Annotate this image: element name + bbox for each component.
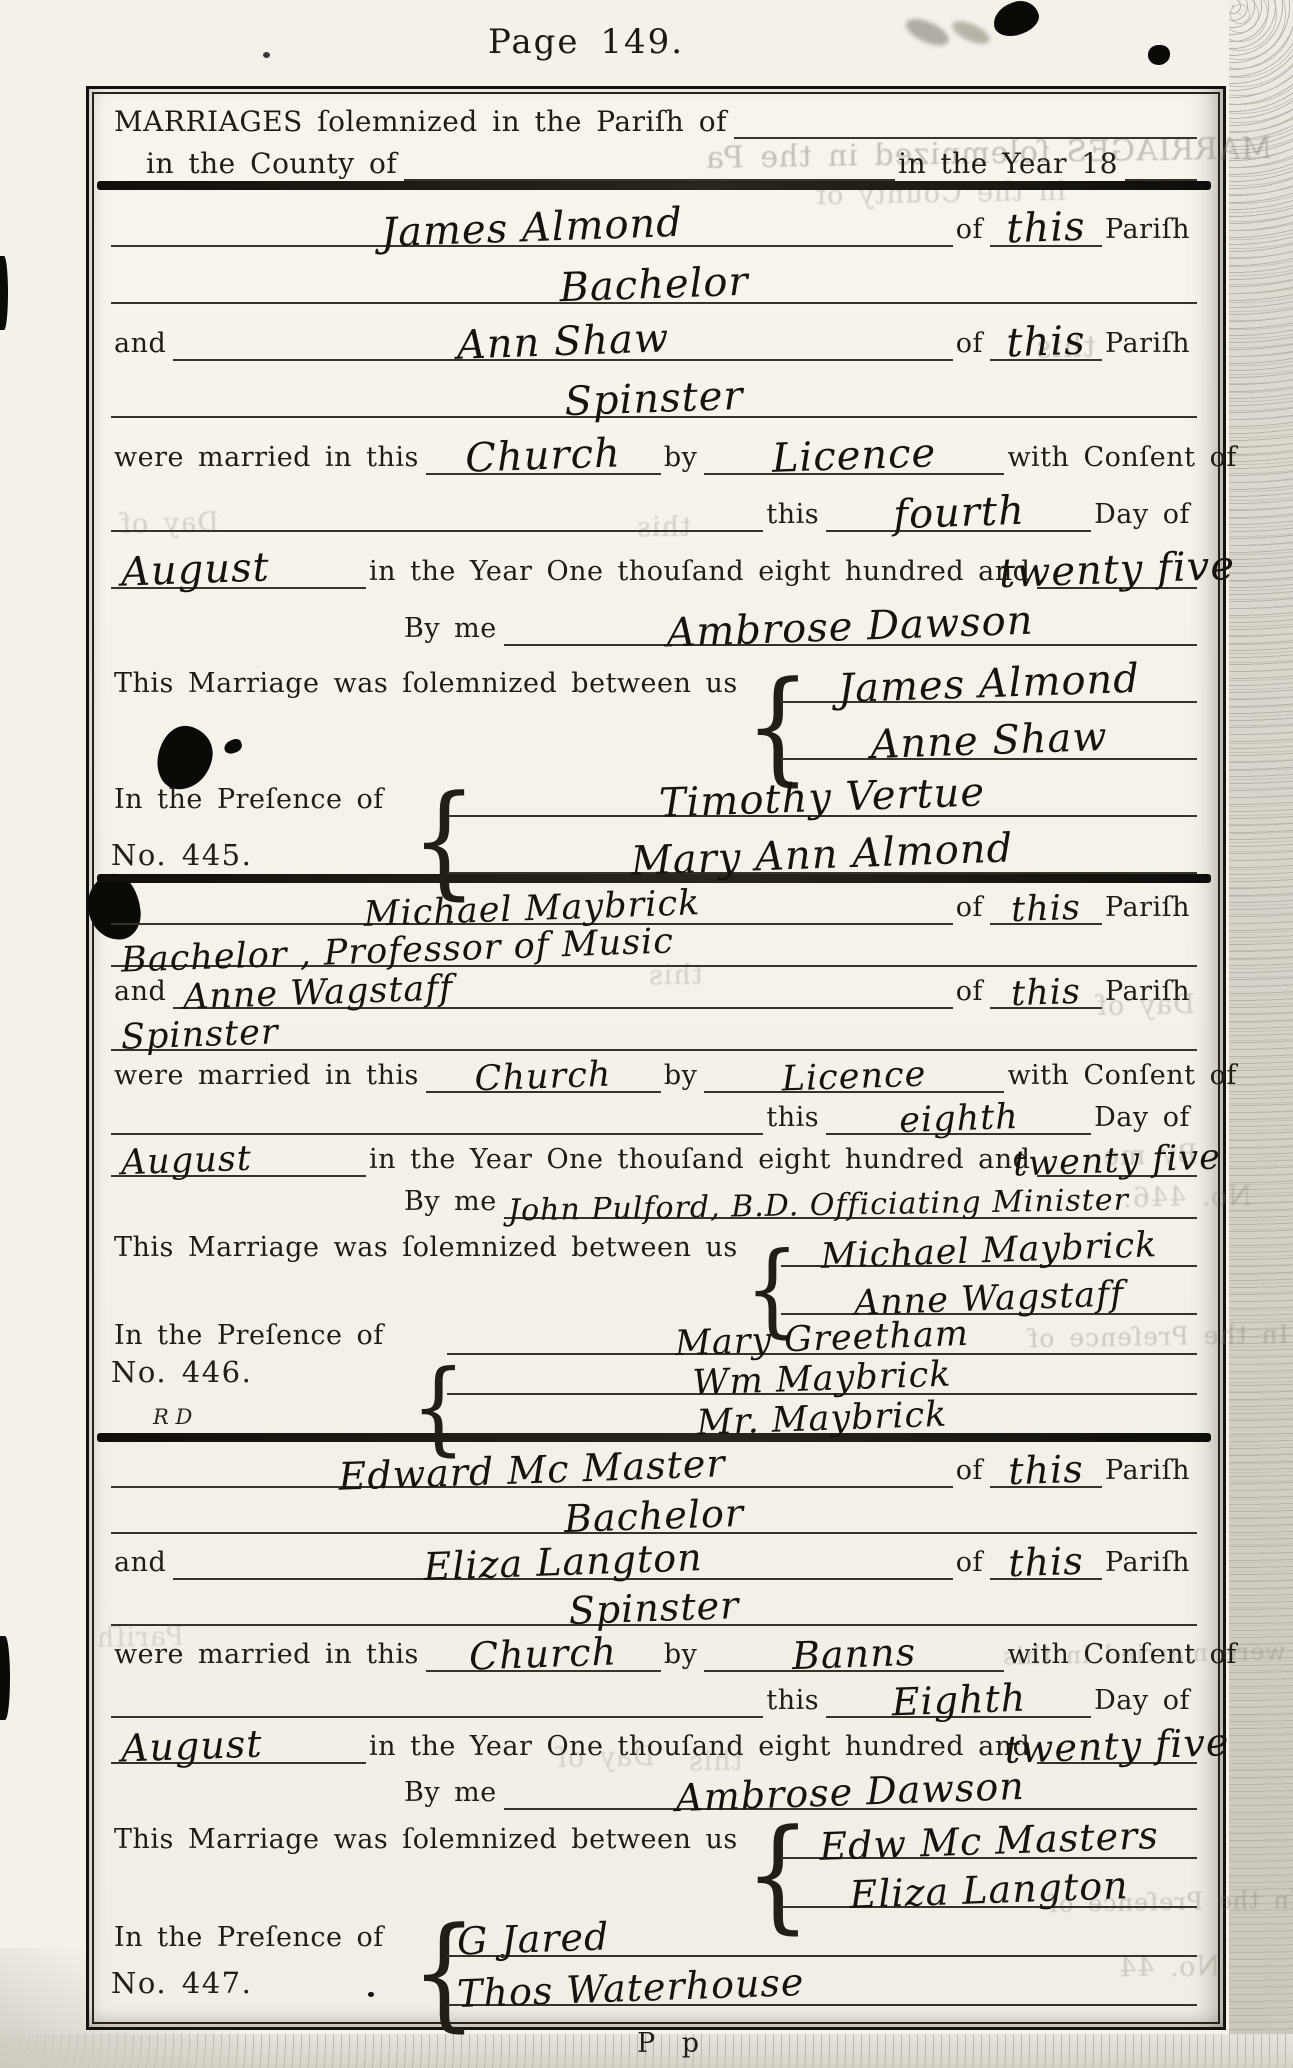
of-label: of bbox=[953, 1457, 990, 1488]
by-label: by bbox=[661, 1062, 705, 1093]
blank-line: Ambrose Dawson bbox=[504, 1764, 1197, 1810]
groom-row: James Almond of this Pariſh bbox=[111, 190, 1197, 247]
blank-line: James Almond bbox=[781, 646, 1197, 703]
day: eighth bbox=[898, 1097, 1019, 1141]
groom-parish: this bbox=[1008, 1447, 1085, 1494]
blank-line: James Almond bbox=[111, 190, 953, 247]
blank-line: Mr. Maybrick bbox=[447, 1395, 1197, 1433]
by-me-label: By me bbox=[401, 1779, 504, 1810]
day-of-label: Day of bbox=[1091, 501, 1197, 532]
brace-glyph bbox=[411, 1315, 447, 1433]
blank-line: twenty five bbox=[1037, 1718, 1197, 1764]
blank-line: Ann Shaw bbox=[173, 304, 952, 361]
blank-line: Licence bbox=[704, 1051, 1004, 1093]
parish-label: Pariſh bbox=[1102, 1457, 1197, 1488]
blank-line: Spinster bbox=[111, 1009, 1197, 1051]
marriage-entry-445: James Almond of this Pariſh Bachelor and… bbox=[111, 190, 1197, 874]
month: August bbox=[120, 544, 270, 595]
blank-line: Bachelor bbox=[111, 247, 1197, 304]
witnesses-block: In the Preſence of No. 445. Timothy Vert… bbox=[111, 760, 1197, 874]
blank-line: this bbox=[990, 967, 1102, 1009]
and-label: and bbox=[111, 1549, 173, 1580]
month: August bbox=[120, 1139, 252, 1184]
blank-line: this bbox=[990, 1534, 1102, 1580]
header-year: in the Year 18 bbox=[895, 149, 1125, 181]
blank-line: Church bbox=[426, 418, 661, 475]
blank-line: August bbox=[111, 1718, 366, 1764]
blank-line bbox=[111, 1672, 763, 1718]
blank-line: Edw Mc Masters bbox=[781, 1810, 1197, 1859]
blank-line: Spinster bbox=[111, 1580, 1197, 1626]
scan-edge-right bbox=[1229, 0, 1293, 2068]
blank-line: this bbox=[990, 883, 1102, 925]
bride-row: and Eliza Langton of this Pariſh bbox=[111, 1534, 1197, 1580]
blank-line: G Jared bbox=[447, 1908, 1197, 1957]
ink-speck bbox=[263, 52, 270, 58]
brace-glyph bbox=[411, 1908, 447, 2006]
groom-condition-row: Bachelor , Professor of Music bbox=[111, 925, 1197, 967]
page-number: Page 149. bbox=[488, 22, 684, 62]
registrar-initials: R D bbox=[111, 1405, 192, 1429]
witness-signature: Thos Waterhouse bbox=[456, 1960, 805, 2016]
of-label: of bbox=[953, 978, 990, 1009]
minister-row: By me Ambrose Dawson bbox=[111, 589, 1197, 646]
bride-row: and Anne Wagstaff of this Pariſh bbox=[111, 967, 1197, 1009]
day-row: this Eighth Day of bbox=[111, 1672, 1197, 1718]
bride-condition-row: Spinster bbox=[111, 361, 1197, 418]
blank-line: twenty five bbox=[1037, 1135, 1197, 1177]
blank-line: Licence bbox=[704, 418, 1004, 475]
blank-line bbox=[404, 139, 895, 181]
day: fourth bbox=[892, 488, 1025, 539]
parish-label: Pariſh bbox=[1102, 978, 1197, 1009]
blank-line: Bachelor , Professor of Music bbox=[111, 925, 1197, 967]
blank-line: Michael Maybrick bbox=[781, 1219, 1197, 1267]
bride-row: and Ann Shaw of this Pariſh bbox=[111, 304, 1197, 361]
married-row: were married in this Church by Licence w… bbox=[111, 1051, 1197, 1093]
day-row: this eighth Day of bbox=[111, 1093, 1197, 1135]
solemnized-label: This Marriage was ſolemnized between us bbox=[111, 1234, 745, 1265]
blank-line: Edward Mc Master bbox=[111, 1442, 953, 1488]
day-of-label: Day of bbox=[1091, 1687, 1197, 1718]
blank-line: Timothy Vertue bbox=[447, 760, 1197, 817]
year-row: August in the Year One thouſand eight hu… bbox=[111, 1718, 1197, 1764]
signatures-block: This Marriage was ſolemnized between us … bbox=[111, 1810, 1197, 1908]
blank-line: this bbox=[990, 304, 1102, 361]
blank-line bbox=[1125, 139, 1197, 181]
year-row: August in the Year One thouſand eight hu… bbox=[111, 532, 1197, 589]
year-label: in the Year One thouſand eight hundred a… bbox=[366, 558, 1037, 589]
this-label: this bbox=[763, 1687, 826, 1718]
day-of-label: Day of bbox=[1091, 1104, 1197, 1135]
ink-blot bbox=[1148, 45, 1170, 65]
witnesses-block: In the Preſence of No. 446. R D Mary Gre… bbox=[111, 1315, 1197, 1433]
groom-parish: this bbox=[1006, 204, 1087, 253]
minister-row: By me John Pulford, B.D. Officiating Min… bbox=[111, 1177, 1197, 1219]
blank-line: Mary Ann Almond bbox=[447, 817, 1197, 874]
brace-glyph bbox=[745, 1219, 781, 1315]
consent-label: with Conſent of bbox=[1004, 1641, 1243, 1672]
blank-line: Anne Wagstaff bbox=[173, 967, 952, 1009]
ink-blot bbox=[0, 1636, 10, 1720]
year-label: in the Year One thouſand eight hundred a… bbox=[366, 1146, 1037, 1177]
and-label: and bbox=[111, 330, 173, 361]
parish-label: Pariſh bbox=[1102, 330, 1197, 361]
groom-condition-row: Bachelor bbox=[111, 1488, 1197, 1534]
married-label: were married in this bbox=[111, 444, 426, 475]
by-me-label: By me bbox=[401, 1188, 504, 1219]
married-label: were married in this bbox=[111, 1641, 426, 1672]
venue: Church bbox=[465, 430, 622, 481]
of-label: of bbox=[953, 330, 990, 361]
blank-line: Anne Wagstaff bbox=[781, 1267, 1197, 1315]
blank-line: this bbox=[990, 1442, 1102, 1488]
divider-rule bbox=[97, 1433, 1211, 1442]
witnesses-block: In the Preſence of No. 447. G Jared Thos… bbox=[111, 1908, 1197, 2006]
bride-parish: this bbox=[1010, 972, 1081, 1014]
blank-line: Thos Waterhouse bbox=[447, 1957, 1197, 2006]
groom-row: Michael Maybrick of this Pariſh bbox=[111, 883, 1197, 925]
form-header: MARRIAGES ſolemnized in the Pariſh of in… bbox=[111, 97, 1197, 181]
year-label: in the Year One thouſand eight hundred a… bbox=[366, 1733, 1037, 1764]
by-me-label: By me bbox=[401, 615, 504, 646]
bride-condition-row: Spinster bbox=[111, 1009, 1197, 1051]
blank-line: Church bbox=[426, 1626, 661, 1672]
blank-line: August bbox=[111, 1135, 366, 1177]
brace-glyph bbox=[745, 1810, 781, 1908]
parish-label: Pariſh bbox=[1102, 216, 1197, 247]
of-label: of bbox=[953, 894, 990, 925]
married-row: were married in this Church by Banns wit… bbox=[111, 1626, 1197, 1672]
groom-condition-row: Bachelor bbox=[111, 247, 1197, 304]
entry-number: No. 447. bbox=[111, 1966, 252, 2002]
blank-line: Michael Maybrick bbox=[111, 883, 953, 925]
ink-blot bbox=[0, 256, 8, 330]
blank-line: August bbox=[111, 532, 366, 589]
blank-line: Eliza Langton bbox=[173, 1534, 952, 1580]
year-row: August in the Year One thouſand eight hu… bbox=[111, 1135, 1197, 1177]
and-label: and bbox=[111, 978, 173, 1009]
presence-label: In the Preſence of bbox=[111, 1322, 391, 1353]
blank-line bbox=[734, 97, 1197, 139]
married-label: were married in this bbox=[111, 1062, 426, 1093]
this-label: this bbox=[763, 501, 826, 532]
blank-line: Eliza Langton bbox=[781, 1859, 1197, 1908]
by-label: by bbox=[661, 1641, 705, 1672]
press-signature-mark: P p bbox=[637, 2028, 708, 2059]
marriage-entry-446: Michael Maybrick of this Pariſh Bachelor… bbox=[111, 883, 1197, 1433]
bride-condition: Spinster bbox=[120, 1012, 279, 1057]
blank-line: Mary Greetham bbox=[447, 1315, 1197, 1355]
blank-line: fourth bbox=[826, 475, 1091, 532]
blank-line: eighth bbox=[826, 1093, 1091, 1135]
entry-number: No. 445. bbox=[111, 838, 252, 874]
solemnized-label: This Marriage was ſolemnized between us bbox=[111, 1826, 745, 1857]
parish-label: Pariſh bbox=[1102, 1549, 1197, 1580]
bride-condition-row: Spinster bbox=[111, 1580, 1197, 1626]
consent-label: with Conſent of bbox=[1004, 444, 1243, 475]
blank-line bbox=[111, 1093, 763, 1135]
day: Eighth bbox=[891, 1676, 1027, 1725]
presence-label: In the Preſence of bbox=[111, 786, 391, 817]
day-row: this fourth Day of bbox=[111, 475, 1197, 532]
groom-row: Edward Mc Master of this Pariſh bbox=[111, 1442, 1197, 1488]
blank-line: twenty five bbox=[1037, 532, 1197, 589]
this-label: this bbox=[763, 1104, 826, 1135]
blank-line: Anne Shaw bbox=[781, 703, 1197, 760]
blank-line: this bbox=[990, 190, 1102, 247]
signatures-block: This Marriage was ſolemnized between us … bbox=[111, 646, 1197, 760]
blank-line: Eighth bbox=[826, 1672, 1091, 1718]
ink-smudge bbox=[891, 0, 1006, 82]
solemnized-label: This Marriage was ſolemnized between us bbox=[111, 670, 745, 701]
signatures-block: This Marriage was ſolemnized between us … bbox=[111, 1219, 1197, 1315]
blank-line: Ambrose Dawson bbox=[504, 589, 1197, 646]
rite: Banns bbox=[792, 1630, 917, 1678]
blank-line: Spinster bbox=[111, 361, 1197, 418]
consent-label: with Conſent of bbox=[1004, 1062, 1243, 1093]
brace-glyph bbox=[411, 760, 447, 874]
blank-line bbox=[111, 475, 763, 532]
of-label: of bbox=[953, 1549, 990, 1580]
divider-rule bbox=[97, 181, 1211, 190]
minister-row: By me Ambrose Dawson bbox=[111, 1764, 1197, 1810]
brace-glyph bbox=[745, 646, 781, 760]
scanned-register-page: { "page": { "page_label": "Page 149.", "… bbox=[0, 0, 1293, 2068]
entry-number: No. 446. bbox=[111, 1355, 252, 1391]
register-sheet: MARRIAGES ſolemnized in the Pariſh of in… bbox=[86, 86, 1226, 2030]
blank-line: Wm Maybrick bbox=[447, 1355, 1197, 1395]
bride-parish: this bbox=[1006, 318, 1087, 367]
month: August bbox=[120, 1722, 263, 1771]
blank-line: Banns bbox=[704, 1626, 1004, 1672]
blank-line: Church bbox=[426, 1051, 661, 1093]
by-label: by bbox=[661, 444, 705, 475]
blank-line: Bachelor bbox=[111, 1488, 1197, 1534]
marriage-entry-447: Edward Mc Master of this Pariſh Bachelor… bbox=[111, 1442, 1197, 2006]
header-title: MARRIAGES ſolemnized in the Pariſh of bbox=[111, 107, 734, 139]
parish-label: Pariſh bbox=[1102, 894, 1197, 925]
header-county: in the County of bbox=[143, 149, 404, 181]
presence-label: In the Preſence of bbox=[111, 1924, 391, 1955]
blank-line: John Pulford, B.D. Officiating Minister bbox=[504, 1177, 1197, 1219]
bride-parish: this bbox=[1008, 1539, 1085, 1586]
married-row: were married in this Church by Licence w… bbox=[111, 418, 1197, 475]
groom-parish: this bbox=[1010, 888, 1081, 930]
of-label: of bbox=[953, 216, 990, 247]
